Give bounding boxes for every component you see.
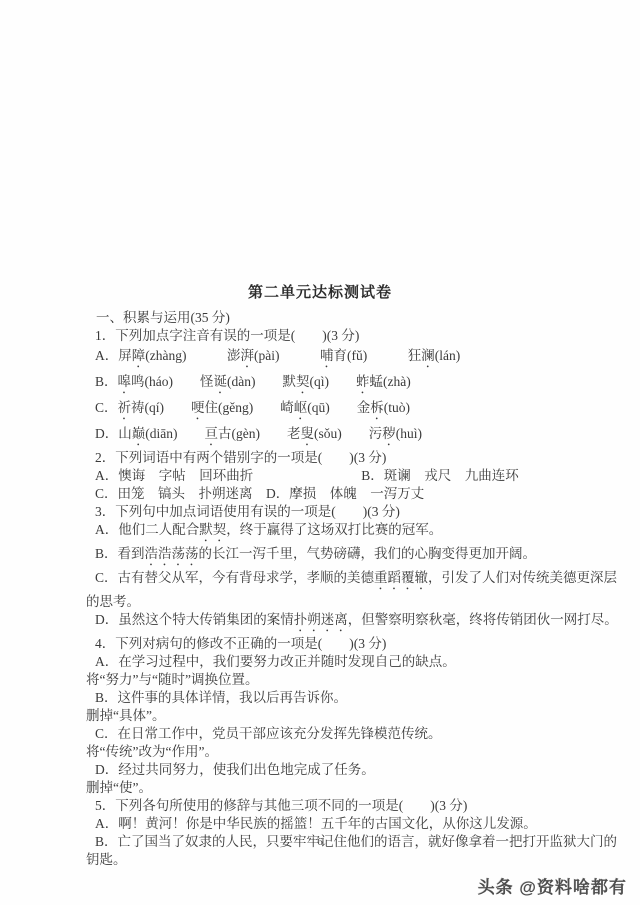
watermark: 头条 @资料啥都有	[478, 873, 627, 898]
text-segment: 4．下列对病句的修改不正确的一项是( )(3 分)	[95, 636, 386, 651]
text-segment: 钥匙。	[86, 852, 127, 867]
emphasized-text: 祈	[118, 400, 132, 415]
emphasized-text: 秽	[382, 426, 396, 441]
text-segment: 的长江一泻千里，气势磅礴，我们的心胸变得更加开阔。	[199, 546, 537, 561]
text-line: 2．下列词语中有两个错别字的一项是( )(3 分)	[95, 449, 634, 467]
text-line: B．看到浩浩荡荡的长江一泻千里，气势磅礴，我们的心胸变得更加开阔。	[95, 545, 634, 569]
text-segment: 的思考。	[86, 594, 140, 609]
text-line: B．嗥鸣(háo) 怪诞(dàn) 默契(qì) 蚱蜢(zhà)	[95, 371, 634, 397]
text-segment: A．屏	[95, 348, 132, 363]
text-segment: (dàn) 默	[227, 374, 296, 389]
text-segment: (diān)	[145, 426, 204, 441]
text-line: 4．下列对病句的修改不正确的一项是( )(3 分)	[95, 635, 634, 653]
text-segment: 一、积累与运用(35 分)	[96, 310, 230, 325]
text-segment: ，终于赢得了这场双打比赛的冠军。	[226, 522, 442, 537]
text-line: 3．下列句中加点词语使用有误的一项是( )(3 分)	[95, 503, 634, 521]
page-title: 第二单元达标测试卷	[0, 281, 640, 302]
text-segment: A．他们二人配合	[95, 522, 199, 537]
text-line: 删掉“使”。	[86, 779, 634, 797]
text-line: C．古有替父从军，今有背母求学，孝顺的美德重蹈覆辙，引发了人们对传统美德更深层	[95, 569, 634, 593]
text-segment: 住(gěng) 崎	[205, 400, 294, 415]
text-line: 删掉“具体”。	[86, 707, 634, 725]
text-line: C．田笼 镐头 扑朔迷离 D．摩损 体魄 一泻万丈	[95, 485, 634, 503]
text-line: D．经过共同努力，使我们出色地完成了任务。	[95, 761, 634, 779]
emphasized-text: 湃	[240, 348, 254, 363]
emphasized-text: 扑朔迷离	[294, 612, 348, 627]
emphasized-text: 诞	[214, 374, 228, 389]
text-segment: ，但警察明察秋毫，终将传销团伙一网打尽。	[348, 612, 618, 627]
text-segment: A．懊诲 字帖 回环曲折 B．斑谰 戎尺 九曲连环	[95, 468, 519, 483]
text-segment: ，引发了人们对传统美德更深层	[428, 570, 617, 585]
text-segment: (lán)	[435, 348, 460, 363]
text-segment: (huì)	[396, 426, 422, 441]
text-line: A．啊！黄河！你是中华民族的摇篮！五千年的古国文化，从你这儿发源。	[95, 815, 634, 833]
text-line: A．在学习过程中，我们要努力改正并随时发现自己的缺点。	[95, 653, 634, 671]
text-segment: 将“努力”与“随时”调换位置。	[86, 672, 258, 687]
text-segment: 育(fǔ) 狂	[333, 348, 421, 363]
emphasized-text: 障	[132, 348, 146, 363]
emphasized-text: 柝	[370, 400, 384, 415]
text-segment: 5．下列各句所使用的修辞与其他三项不同的一项是( )(3 分)	[95, 798, 467, 813]
text-line: D．山巅(diān) 亘古(gèn) 老叟(sǒu) 污秽(huì)	[95, 423, 634, 449]
text-segment: D．经过共同努力，使我们出色地完成了任务。	[95, 762, 375, 777]
text-line: C．祈祷(qí) 哽住(gěng) 崎岖(qū) 金柝(tuò)	[95, 397, 634, 423]
emphasized-text: 蚱	[356, 374, 370, 389]
text-segment: 鸣(háo) 怪	[131, 374, 213, 389]
text-line: A．懊诲 字帖 回环曲折 B．斑谰 戎尺 九曲连环	[95, 467, 634, 485]
text-line: A．他们二人配合默契，终于赢得了这场双打比赛的冠军。	[95, 521, 634, 545]
text-segment: 蜢(zhà)	[369, 374, 410, 389]
text-line: 5．下列各句所使用的修辞与其他三项不同的一项是( )(3 分)	[95, 797, 634, 815]
emphasized-text: 叟	[300, 426, 314, 441]
emphasized-text: 默契	[199, 522, 226, 537]
text-segment: (qū) 金	[307, 400, 370, 415]
emphasized-text: 澜	[421, 348, 435, 363]
text-line: C．在日常工作中，党员干部应该充分发挥先锋模范传统。	[95, 725, 634, 743]
emphasized-text: 岖	[294, 400, 308, 415]
text-segment: 删掉“具体”。	[86, 708, 165, 723]
text-segment: B．这件事的具体详情，我以后再告诉你。	[95, 690, 347, 705]
emphasized-text: 巅	[132, 426, 146, 441]
emphasized-text: 重蹈覆辙	[374, 570, 428, 585]
text-line: 将“传统”改为“作用”。	[86, 743, 634, 761]
text-segment: A．啊！黄河！你是中华民族的摇篮！五千年的古国文化，从你这儿发源。	[95, 816, 537, 831]
text-line: 钥匙。	[86, 851, 634, 869]
text-segment: C．田笼 镐头 扑朔迷离 D．摩损 体魄 一泻万丈	[95, 486, 424, 501]
text-segment: 古(gèn) 老	[218, 426, 300, 441]
text-segment: C．古有替父从军，今有背母求学，孝顺的美德	[95, 570, 374, 585]
text-segment: B．	[95, 374, 118, 389]
text-segment: 删掉“使”。	[86, 780, 152, 795]
text-line: 的思考。	[86, 593, 634, 611]
text-line: B．这件事的具体详情，我以后再告诉你。	[95, 689, 634, 707]
text-segment: (zhàng) 澎	[145, 348, 240, 363]
text-segment: 3．下列句中加点词语使用有误的一项是( )(3 分)	[95, 504, 400, 519]
emphasized-text: 亘	[204, 426, 218, 441]
text-segment: A．在学习过程中，我们要努力改正并随时发现自己的缺点。	[95, 654, 456, 669]
emphasized-text: 嗥	[118, 374, 132, 389]
text-line: A．屏障(zhàng) 澎湃(pài) 哺育(fǔ) 狂澜(lán)	[95, 345, 634, 371]
text-segment: 将“传统”改为“作用”。	[86, 744, 218, 759]
text-line: 1．下列加点字注音有误的一项是( )(3 分)	[95, 327, 634, 345]
text-segment: C．在日常工作中，党员干部应该充分发挥先锋模范传统。	[95, 726, 442, 741]
text-segment: (pài)	[254, 348, 320, 363]
text-line: 一、积累与运用(35 分)	[96, 308, 634, 327]
text-segment: C．	[95, 400, 118, 415]
text-line: D．虽然这个特大传销集团的案情扑朔迷离，但警察明察秋毫，终将传销团伙一网打尽。	[95, 611, 634, 635]
text-line: 将“努力”与“随时”调换位置。	[86, 671, 634, 689]
emphasized-text: 哺	[320, 348, 334, 363]
text-segment: D．山	[95, 426, 132, 441]
text-segment: (sǒu) 污	[314, 426, 382, 441]
text-segment: 祷(qí)	[131, 400, 191, 415]
text-segment: D．虽然这个特大传销集团的案情	[95, 612, 294, 627]
page-number: 6	[0, 836, 640, 848]
text-segment: 2．下列词语中有两个错别字的一项是( )(3 分)	[95, 450, 386, 465]
text-segment: B．看到	[95, 546, 145, 561]
text-segment: (qì)	[309, 374, 356, 389]
text-segment: (tuò)	[384, 400, 410, 415]
text-segment: 1．下列加点字注音有误的一项是( )(3 分)	[95, 328, 359, 343]
emphasized-text: 哽	[191, 400, 205, 415]
document-body: 一、积累与运用(35 分)1．下列加点字注音有误的一项是( )(3 分)A．屏障…	[86, 308, 634, 869]
scanned-test-page: 第二单元达标测试卷 一、积累与运用(35 分)1．下列加点字注音有误的一项是( …	[0, 0, 640, 905]
emphasized-text: 浩浩荡荡	[145, 546, 199, 561]
emphasized-text: 契	[296, 374, 310, 389]
